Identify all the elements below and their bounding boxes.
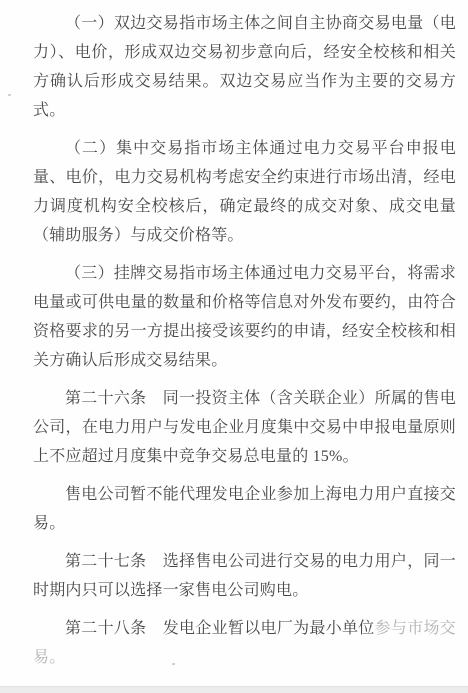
scan-edge-band xyxy=(0,686,468,693)
document-page: （一）双边交易指市场主体之间自主协商交易电量（电力）、电价，形成双边交易初步意向… xyxy=(0,0,468,693)
paragraph-text: （三）挂牌交易指市场主体通过电力交易平台，将需求电量或可供电量的数量和价格等信息… xyxy=(33,265,456,369)
document-body: （一）双边交易指市场主体之间自主协商交易电量（电力）、电价，形成双边交易初步意向… xyxy=(33,9,456,681)
paragraph-text: 第二十六条 同一投资主体（含关联企业）所属的售电公司，在电力用户与发电企业月度集… xyxy=(33,390,456,465)
paragraph-text: （二）集中交易指市场主体通过电力交易平台申报电量、电价，电力交易机构考虑安全约束… xyxy=(33,140,456,244)
document-paragraph: 第二十七条 选择售电公司进行交易的电力用户，同一时期内只可以选择一家售电公司购电… xyxy=(33,547,456,605)
paragraph-text: 第二十七条 选择售电公司进行交易的电力用户，同一时期内只可以选择一家售电公司购电… xyxy=(33,553,456,599)
scan-speck xyxy=(8,94,11,96)
document-paragraph: （一）双边交易指市场主体之间自主协商交易电量（电力）、电价，形成双边交易初步意向… xyxy=(33,9,456,125)
document-paragraph: 第二十六条 同一投资主体（含关联企业）所属的售电公司，在电力用户与发电企业月度集… xyxy=(33,384,456,471)
document-paragraph: （二）集中交易指市场主体通过电力交易平台申报电量、电价，电力交易机构考虑安全约束… xyxy=(33,134,456,250)
paragraph-text: （一）双边交易指市场主体之间自主协商交易电量（电力）、电价，形成双边交易初步意向… xyxy=(33,15,456,119)
document-paragraph: （三）挂牌交易指市场主体通过电力交易平台，将需求电量或可供电量的数量和价格等信息… xyxy=(33,259,456,375)
document-paragraph: 第二十八条 发电企业暂以电厂为最小单位参与市场交易。 xyxy=(33,614,456,672)
paragraph-text: 第二十八条 发电企业暂以电厂为最小单位 xyxy=(65,620,375,637)
document-paragraph: 售电公司暂不能代理发电企业参加上海电力用户直接交易。 xyxy=(33,480,456,538)
scan-speck xyxy=(172,663,175,665)
paragraph-text: 售电公司暂不能代理发电企业参加上海电力用户直接交易。 xyxy=(33,486,456,532)
